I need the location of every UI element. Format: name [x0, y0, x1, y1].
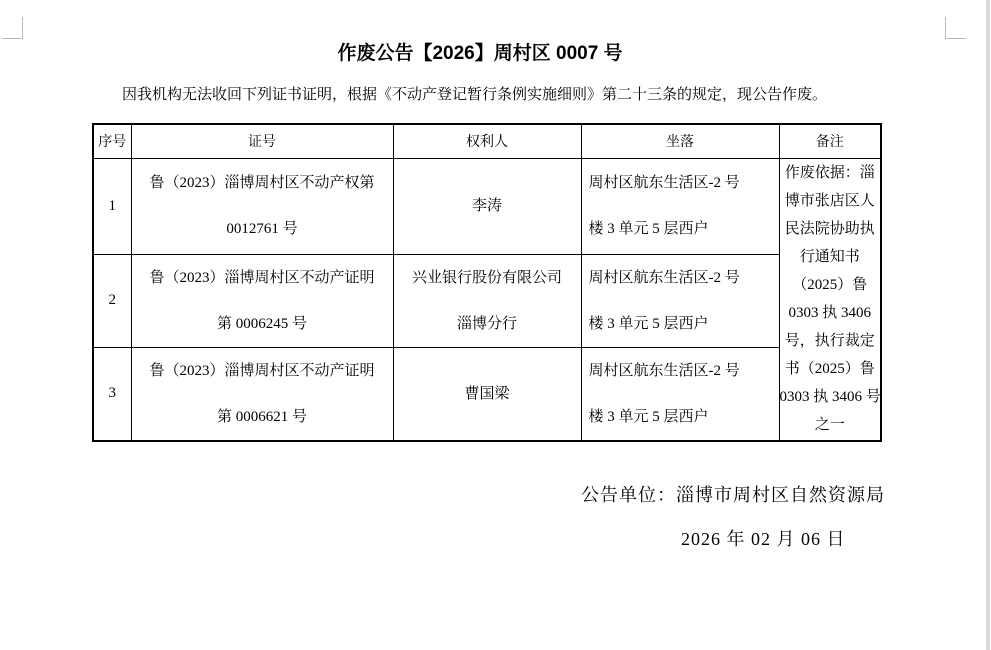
page-margin-mark-top-right	[945, 17, 966, 39]
holder-cell: 曹国梁	[393, 347, 581, 441]
page-margin-mark-top-left	[2, 17, 23, 39]
holder-cell: 李涛	[393, 158, 581, 254]
table-row: 3 鲁（2023）淄博周村区不动产证明第 0006621 号 曹国梁 周村区航东…	[93, 347, 881, 441]
header-cell-seq: 序号	[93, 124, 131, 158]
location-cell: 周村区航东生活区-2 号楼 3 单元 5 层西户	[581, 158, 779, 254]
header-cell-cert-no: 证号	[131, 124, 393, 158]
header-cell-remark: 备注	[779, 124, 881, 158]
notice-table: 序号 证号 权利人 坐落 备注 1 鲁（2023）淄博周村区不动产权第00127…	[92, 123, 882, 442]
seq-cell: 1	[93, 158, 131, 254]
page-title: 作废公告【2026】周村区 0007 号	[0, 42, 960, 66]
header-cell-location: 坐落	[581, 124, 779, 158]
location-cell: 周村区航东生活区-2 号楼 3 单元 5 层西户	[581, 347, 779, 441]
issuing-authority: 公告单位：淄博市周村区自然资源局	[581, 484, 885, 506]
remark-cell: 作废依据：淄博市张店区人民法院协助执行通知书（2025）鲁0303 执 3406…	[779, 158, 881, 441]
intro-paragraph: 因我机构无法收回下列证书证明，根据《不动产登记暂行条例实施细则》第二十三条的规定…	[92, 84, 904, 106]
cert-no-cell: 鲁（2023）淄博周村区不动产证明第 0006621 号	[131, 347, 393, 441]
location-cell: 周村区航东生活区-2 号楼 3 单元 5 层西户	[581, 254, 779, 347]
page-right-edge	[986, 0, 990, 650]
seq-cell: 2	[93, 254, 131, 347]
header-cell-holder: 权利人	[393, 124, 581, 158]
issue-date: 2026 年 02 月 06 日	[681, 528, 846, 550]
cert-no-cell: 鲁（2023）淄博周村区不动产证明第 0006245 号	[131, 254, 393, 347]
seq-cell: 3	[93, 347, 131, 441]
table-header-row: 序号 证号 权利人 坐落 备注	[93, 124, 881, 158]
table-row: 2 鲁（2023）淄博周村区不动产证明第 0006245 号 兴业银行股份有限公…	[93, 254, 881, 347]
table-row: 1 鲁（2023）淄博周村区不动产权第0012761 号 李涛 周村区航东生活区…	[93, 158, 881, 254]
cert-no-cell: 鲁（2023）淄博周村区不动产权第0012761 号	[131, 158, 393, 254]
holder-cell: 兴业银行股份有限公司淄博分行	[393, 254, 581, 347]
